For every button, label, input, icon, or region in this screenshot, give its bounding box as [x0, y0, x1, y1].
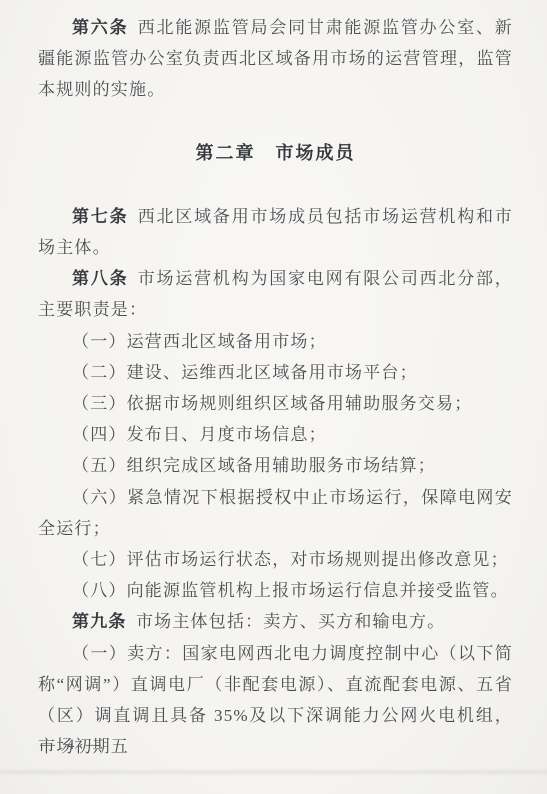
duty-item-8: （八）向能源监管机构上报市场运行信息并接受监管。 — [38, 575, 513, 606]
duty-item-4: （四）发布日、月度市场信息； — [38, 419, 513, 450]
chapter-heading: 第二章 市场成员 — [38, 138, 513, 169]
article-9-paragraph: 第九条市场主体包括：卖方、买方和输电方。 — [38, 606, 513, 637]
article-8-paragraph: 第八条市场运营机构为国家电网有限公司西北分部，主要职责是： — [38, 263, 513, 325]
document-page: 第六条西北能源监管局会同甘肃能源监管办公室、新疆能源监管办公室负责西北区域备用市… — [0, 0, 547, 794]
article-6-term: 第六条 — [72, 18, 128, 37]
page-number: — 4 — — [40, 737, 105, 754]
article-8-term: 第八条 — [72, 269, 128, 288]
article-9-text: 市场主体包括：卖方、买方和输电方。 — [136, 612, 445, 631]
duty-item-5: （五）组织完成区域备用辅助服务市场结算； — [38, 450, 513, 481]
article-6-paragraph: 第六条西北能源监管局会同甘肃能源监管办公室、新疆能源监管办公室负责西北区域备用市… — [38, 12, 513, 106]
duty-item-1: （一）运营西北区域备用市场； — [38, 326, 513, 357]
duty-item-3: （三）依据市场规则组织区域备用辅助服务交易； — [38, 388, 513, 419]
duty-item-6: （六）紧急情况下根据授权中止市场运行，保障电网安全运行； — [38, 482, 513, 544]
article-7-paragraph: 第七条西北区域备用市场成员包括市场运营机构和市场主体。 — [38, 201, 513, 263]
duty-item-7: （七）评估市场运行状态，对市场规则提出修改意见； — [38, 544, 513, 575]
duty-item-2: （二）建设、运维西北区域备用市场平台； — [38, 357, 513, 388]
scan-shadow-line — [0, 768, 547, 776]
article-7-term: 第七条 — [72, 207, 128, 226]
article-9-term: 第九条 — [72, 612, 127, 631]
seller-item-paragraph: （一）卖方：国家电网西北电力调度控制中心（以下简称“网调”）直调电厂（非配套电源… — [38, 638, 513, 763]
page-content: 第六条西北能源监管局会同甘肃能源监管办公室、新疆能源监管办公室负责西北区域备用市… — [38, 12, 513, 762]
